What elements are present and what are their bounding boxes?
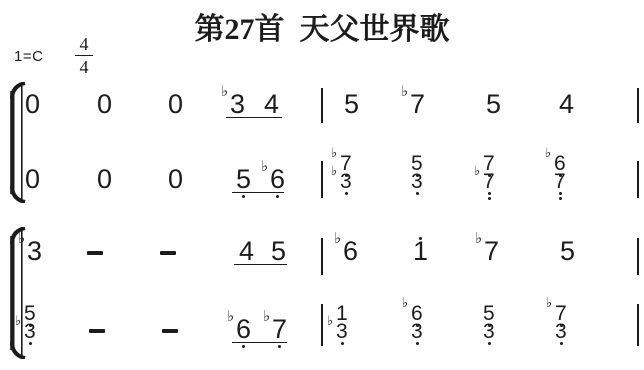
flat-icon: ♭ [327,315,333,328]
octave-dot-below [29,342,32,345]
note-number: 1 [413,238,428,265]
flat-icon: ♭ [331,165,337,178]
note-number: 3 [230,91,245,118]
beam-line [226,117,282,119]
note-number: 3 [411,321,423,342]
barline [637,88,639,123]
flat-icon: ♭ [227,309,234,324]
flat-icon: ♭ [401,84,408,99]
octave-dot-below [278,345,281,348]
dash-note [162,329,178,333]
beam-line [234,264,287,266]
flat-icon: ♭ [15,315,21,328]
octave-dot-below [345,192,348,195]
note-number: 5 [344,91,359,118]
octave-dot-below [276,195,279,198]
note-number: 3 [27,238,42,265]
note-number: 4 [559,91,574,118]
barline [321,88,323,123]
note-number: 4 [264,91,279,118]
note-number: 6 [343,238,358,265]
octave-dot-below [242,345,245,348]
rest-zero: 0 [25,91,40,118]
rest-zero: 0 [97,166,112,193]
note-number: 4 [239,238,254,265]
note-number: 3 [336,321,348,342]
flat-icon: ♭ [331,147,337,160]
flat-icon: ♭ [334,231,341,246]
barline [321,304,323,346]
note-number: 7 [272,316,287,343]
flat-icon: ♭ [546,297,552,310]
barline [321,238,323,275]
score: 0003♭457♭5400056♭7♭3♭5377♭6♭73♭456♭17♭55… [0,0,644,370]
note-number: 5 [236,166,251,193]
flat-icon: ♭ [18,231,25,246]
octave-dot-below [559,192,562,195]
barline [637,238,639,275]
flat-icon: ♭ [261,159,268,174]
dash-note [87,251,103,255]
note-number: 6 [236,316,251,343]
note-number: 5 [560,238,575,265]
beam-line [232,342,287,344]
note-number: 3 [483,321,495,342]
octave-dot-below [488,197,491,200]
octave-dot-below [559,197,562,200]
flat-icon: ♭ [475,231,482,246]
note-number: 7 [484,238,499,265]
flat-icon: ♭ [474,165,480,178]
flat-icon: ♭ [402,297,408,310]
rest-zero: 0 [168,91,183,118]
note-number: 3 [24,321,36,342]
note-number: 7 [554,171,566,192]
flat-icon: ♭ [263,309,270,324]
flat-icon: ♭ [545,147,551,160]
barline [637,304,639,346]
note-number: 3 [411,171,423,192]
octave-dot-below [560,342,563,345]
octave-dot-below [416,192,419,195]
octave-dot-below [341,342,344,345]
note-number: 6 [270,166,285,193]
barline [321,161,323,198]
dash-note [89,329,105,333]
octave-dot-below [416,342,419,345]
rest-zero: 0 [97,91,112,118]
note-number: 7 [483,171,495,192]
note-number: 3 [340,171,352,192]
rest-zero: 0 [168,166,183,193]
note-number: 5 [271,238,286,265]
octave-dot-above [419,237,422,240]
dash-note [160,251,176,255]
rest-zero: 0 [25,166,40,193]
octave-dot-below [488,342,491,345]
barline [637,161,639,198]
sheet-music-page: 第27首 天父世界歌 1=C 4 4 0003♭457♭5400056♭7♭3♭… [0,0,644,370]
note-number: 5 [486,91,501,118]
octave-dot-below [488,192,491,195]
beam-line [232,192,284,194]
flat-icon: ♭ [221,84,228,99]
note-number: 3 [555,321,567,342]
octave-dot-below [242,195,245,198]
note-number: 7 [410,91,425,118]
